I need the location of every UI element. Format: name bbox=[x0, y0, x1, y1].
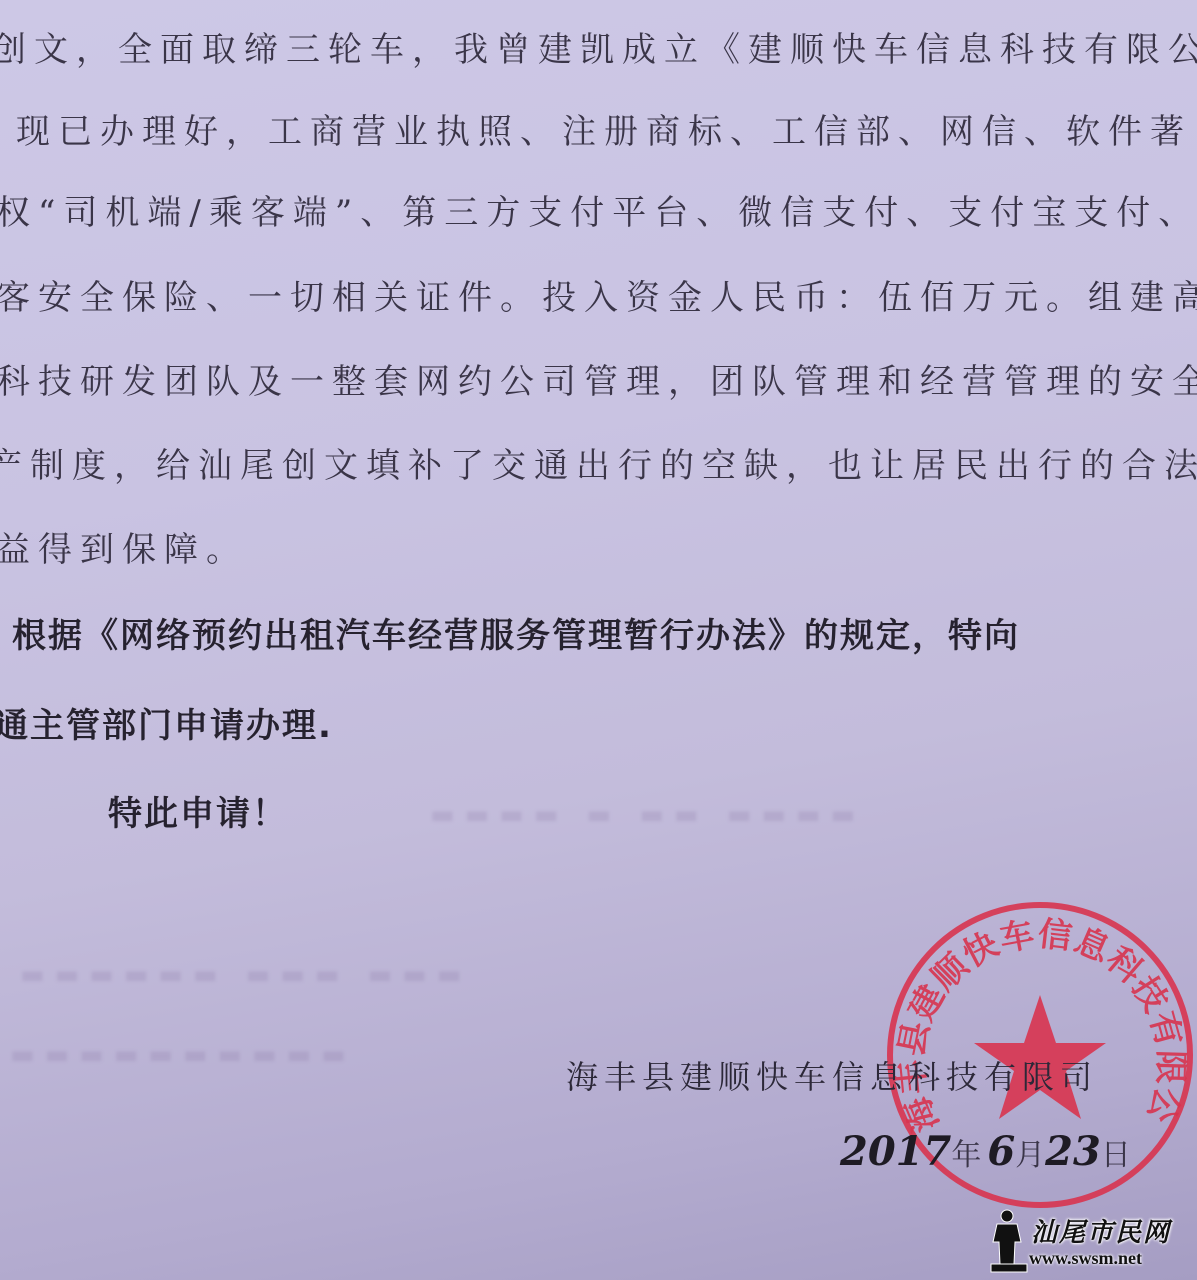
date-day-unit: 日 bbox=[1101, 1138, 1131, 1173]
body-line-8: 根据《网络预约出租汽车经营服务管理暂行办法》的规定，特向 bbox=[12, 616, 1020, 656]
watermark-site-name: 汕尾市民网 bbox=[1031, 1212, 1171, 1249]
body-line-3: 权“司机端/乘客端”、第三方支付平台、微信支付、支付宝支付、 bbox=[0, 193, 1197, 233]
body-line-4: 客安全保险、一切相关证件。投入资金人民币：伍佰万元。组建高 bbox=[0, 278, 1197, 318]
bleed-through-text: ▬▬▬▬▬▬ ▬▬▬ ▬▬▬ bbox=[20, 960, 471, 990]
body-line-9: 通主管部门申请办理. bbox=[0, 706, 333, 746]
signature-date: 2017年6月23日 bbox=[840, 1128, 1131, 1175]
document-page: ▬▬▬▬ ▬ ▬▬ ▬▬▬▬ ▬▬▬▬▬▬ ▬▬▬ ▬▬▬ ▬▬▬▬▬▬▬▬▬▬… bbox=[0, 0, 1197, 1280]
body-line-2: 现已办理好，工商营业执照、注册商标、工信部、网信、软件著 bbox=[16, 112, 1192, 152]
watermark-url: www.swsm.net bbox=[1029, 1248, 1142, 1269]
date-year-unit: 年 bbox=[951, 1138, 981, 1173]
closing-text: 特此申请！ bbox=[108, 794, 288, 834]
date-month-unit: 月 bbox=[1015, 1138, 1045, 1173]
body-line-5: 科技研发团队及一整套网约公司管理，团队管理和经营管理的安全 bbox=[0, 362, 1197, 402]
signature-company: 海丰县建顺快车信息科技有限司 bbox=[566, 1052, 1098, 1098]
body-line-6: 产制度，给汕尾创文填补了交通出行的空缺，也让居民出行的合法 bbox=[0, 446, 1197, 486]
bleed-through-text: ▬▬▬▬▬▬▬▬▬▬ bbox=[10, 1040, 356, 1070]
body-line-7: 益得到保障。 bbox=[0, 530, 248, 570]
body-line-1: 创文，全面取缔三轮车，我曾建凯成立《建顺快车信息科技有限公 bbox=[0, 30, 1197, 70]
bleed-through-text: ▬▬▬▬ ▬ ▬▬ ▬▬▬▬ bbox=[430, 800, 865, 830]
site-watermark: 汕尾市民网 www.swsm.net bbox=[989, 1208, 1189, 1274]
date-day: 23 bbox=[1045, 1128, 1101, 1175]
date-year: 2017 bbox=[840, 1128, 951, 1175]
date-month: 6 bbox=[987, 1128, 1015, 1175]
person-silhouette-icon bbox=[989, 1208, 1029, 1274]
